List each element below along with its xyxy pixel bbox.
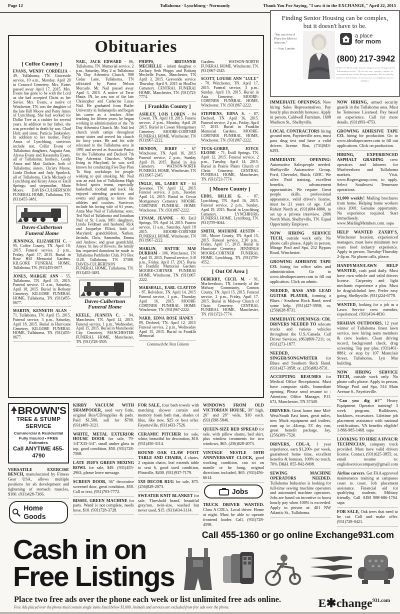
obituary-entry: Gardens. WATSON-NORTH FUNERAL HOME, Winc… bbox=[201, 60, 259, 75]
classified-ad: VERSATILE EXERCISE BENCH, manufactured b… bbox=[8, 467, 69, 499]
classified-ad: NOW HIRING, armed security guards in the… bbox=[337, 100, 398, 127]
entry-lead: HANDYMAN/LAWN HELP WANTED, bbox=[337, 264, 398, 273]
obituary-entry: NARD, EDNA ROSE HANEY - 89, Decherd, TN.… bbox=[139, 317, 197, 341]
banner-icons bbox=[182, 546, 394, 592]
obituary-entry: JONES, MARGIE ANN - 55, Tullahoma, TN. A… bbox=[13, 274, 71, 307]
category-pill-home-goods: Home Goods bbox=[9, 501, 68, 524]
entry-lead: LATE 1920'S GREEN MIXING BOWL bbox=[73, 461, 134, 470]
entry-lead: $1,000 weekly! bbox=[337, 196, 365, 201]
entry-lead: DRIVERS, CDL-A, bbox=[270, 442, 311, 447]
classified-ad: LATE 1920'S GREEN MIXING BOWL for sale, … bbox=[73, 461, 134, 478]
obituary-entry: TUCK-GORBY, JOYCE ELOISE - 71, Estill Sp… bbox=[201, 147, 259, 184]
classified-ad: HIRING, EXPERIENCED ASPHALT GRADING crew… bbox=[337, 153, 398, 195]
place-for-mom-logo: a place for mom bbox=[340, 33, 381, 45]
browns-service: TREE & STUMP SERVICE bbox=[10, 417, 67, 431]
entry-lead: ACCEPTING RESUMES bbox=[270, 375, 321, 380]
obituary-entry: SCOTT, LOUISE ANN "LULU" - 78, Wincheste… bbox=[201, 77, 259, 110]
entry-lead: STEPHENS, EDNA S. bbox=[201, 111, 245, 116]
entry-lead: IMMEDIATE OPENING: bbox=[270, 158, 331, 163]
place-for-mom-ad: Finding Senior Housing can be complex, b… bbox=[270, 10, 400, 97]
newspaper-page: Page 12 Tullahoma - Lynchburg - Normandy… bbox=[0, 0, 400, 614]
header-tagline: Thank You For Saying, "I saw it in the E… bbox=[263, 3, 396, 8]
classified-ad: QUEEN-SIZE BED SPREAD for sale, with pil… bbox=[203, 427, 264, 449]
funeral-home-logo: Daves-CulbertsonFuneral Home bbox=[13, 206, 71, 237]
classified-ad: LOCAL CONTRACTORS hiring ground men, Fay… bbox=[270, 129, 331, 156]
entry-lead: KIRBY VACUUM WITH SHAMPOOER, bbox=[73, 403, 134, 412]
funeral-home-logo: Daves-CulbertsonFuneral Home bbox=[76, 280, 134, 311]
classified-ad: LOOKING TO HIRE A HVAC/R TECHNICIAN, com… bbox=[337, 437, 398, 469]
category-pill-label: Home Goods bbox=[24, 504, 65, 521]
classified-ad: ACCEPTING RESUMES for Medical Office Rec… bbox=[270, 375, 331, 407]
entry-lead: IMMEDIATE OPENINGS: CDL DRIVERS NEEDED T… bbox=[270, 317, 331, 326]
magnifier-icon bbox=[12, 508, 21, 517]
classified-ad: NOW HIRING SERVICE TECH, outside work on… bbox=[337, 370, 398, 397]
classified-ad: SHAHAN OUTDOORS, 12 year winner of Tulla… bbox=[337, 321, 398, 368]
obituary-entry: EDDS, BILLIE G. - 87, Lynchburg, TN. Apr… bbox=[201, 195, 259, 228]
browns-tree-service-ad: BROWN'STREE & STUMP SERVICECommercial & … bbox=[8, 403, 69, 463]
entry-lead: GROWING ADHESIVE TAPE CO. bbox=[337, 129, 398, 138]
entry-lead: GROWING ADHESIVE TAPE CO. bbox=[270, 260, 331, 269]
classified-ad: TRUCK DRIVER WANTED. Class A CDL's. Loca… bbox=[203, 503, 264, 527]
browns-phone: Call ANYTIME 455-4790 bbox=[10, 446, 67, 460]
entry-lead: HENDON, JERRY bbox=[139, 147, 177, 152]
entry-lead: HELP WANTED ZAXBY'S, bbox=[337, 230, 398, 235]
ad-quote: "You can trust A Place for Mom to help y… bbox=[274, 33, 301, 51]
entry-lead: KEELE, JUANITA C. bbox=[76, 313, 120, 318]
obituary-entry: MARTIN, KENNETH ALAN - 71, Tullahoma, TN… bbox=[13, 309, 71, 342]
entry-lead: VERSATILE EXERCISE BENCH, bbox=[8, 467, 69, 476]
house-heart-icon bbox=[340, 33, 352, 45]
entry-lead: JENNINGS, ELIZABETH C. bbox=[13, 239, 67, 244]
county-section-header: [ Franklin County ] bbox=[139, 104, 197, 110]
classified-ad: Airline careers. Get FAA approved mainte… bbox=[337, 471, 398, 508]
entry-lead: NOW HIRING SERVICE TECH, bbox=[270, 231, 331, 240]
classified-ad: WHITE, METAL EXTERIOR HOUSE DOOR for sal… bbox=[73, 432, 134, 459]
entry-lead: WANTED, bbox=[337, 302, 357, 307]
classified-ad: HANDYMAN/LAWN HELP WANTED, cash paid dai… bbox=[337, 264, 398, 301]
obituary-column: Gardens. WATSON-NORTH FUNERAL HOME, Winc… bbox=[201, 60, 259, 394]
obituary-entry: DEBERRY, CECIL M. - 91, Murfreesboro, TN… bbox=[201, 277, 259, 319]
entry-lead: LOOKING TO HIRE A HVAC/R TECHNICIAN, bbox=[337, 437, 398, 446]
entry-lead: PHIPPS, BRITANNIE MECHELLE bbox=[139, 60, 197, 68]
classified-ad: WINDOWS FROM OLD VICTORIAN HOUSE, 39" hi… bbox=[203, 403, 264, 425]
classified-ad: GROWING ADHESIVE TAPE CO. hiring for off… bbox=[270, 260, 331, 287]
locomotive-icon bbox=[16, 206, 68, 224]
classified-ad: FOR SALE, Oak trees that need to be cut.… bbox=[337, 510, 398, 527]
classified-ad: SCREEN DOOR, 36" decorative screened doo… bbox=[73, 479, 134, 496]
obituary-entry: LYNAM, JEANNE - 80, Estill Springs, TN. … bbox=[139, 217, 197, 245]
county-section-header: [ Coffee County ] bbox=[13, 61, 71, 67]
entry-lead: FOR SALE, bbox=[337, 510, 360, 515]
entry-lead: SCREEN DOOR, bbox=[73, 479, 106, 484]
rifles-icon bbox=[310, 554, 352, 584]
classified-ad: DRIVERS: Great home time Mid-West/South … bbox=[270, 408, 331, 440]
classified-ad: GROWING ADHESIVE TAPE CO. hiring for pro… bbox=[337, 129, 398, 151]
entry-lead: SMITH, MAURINE AUSTIN bbox=[201, 229, 255, 234]
banner-title: Cash in on Free Listings bbox=[13, 537, 174, 590]
classified-ad: IMMEDIATE OPENINGS: CDL DRIVERS NEEDED T… bbox=[270, 317, 331, 349]
banner-subtitle: Place two free ads over the phone each w… bbox=[14, 595, 281, 604]
entry-lead: NARD, EDNA ROSE HANEY bbox=[139, 316, 194, 321]
entry-lead: SCOTT, LOUISE ANN "LULU" bbox=[201, 77, 259, 82]
classified-ad: IMMEDIATE OPENING: Automotive Salespeopl… bbox=[270, 158, 331, 229]
spokesperson-photo bbox=[303, 31, 335, 82]
ad-phone-number: (800) 217-3942 bbox=[335, 54, 397, 64]
classified-column: WINDOWS FROM OLD VICTORIAN HOUSE, 39" hi… bbox=[203, 403, 264, 527]
obituary-entry: MARLIN, HATTIE MAE DURHAM - 106, Winches… bbox=[139, 247, 197, 284]
entry-lead: NAIL, JACK EDWARD bbox=[76, 60, 122, 64]
classified-ad: "Can you dig it?" Heavy Equipment Operat… bbox=[337, 399, 398, 436]
banner-fine-print: Free Ads placed over the phone must cont… bbox=[14, 605, 364, 610]
category-pill-jobs: Jobs bbox=[204, 484, 263, 498]
entry-lead: IMMEDIATE OPENINGS. bbox=[270, 100, 321, 105]
entry-lead: JONES, MARGIE ANN bbox=[13, 274, 58, 279]
entry-lead: EVANS, WENDY CORDELIA bbox=[13, 69, 67, 74]
entry-lead: DEBERRY, CECIL M. bbox=[201, 277, 245, 282]
page-number: Page 12 bbox=[8, 3, 23, 8]
entry-lead: "Can you dig it?" bbox=[337, 399, 382, 404]
entry-lead: 5X8 DECOR RUG bbox=[138, 479, 174, 484]
obituaries-title: Obituaries bbox=[9, 37, 263, 57]
entry-lead: ASHLEY, LOIS LOREN bbox=[139, 112, 185, 117]
classified-ad: NOW HIRING SERVICE TECH, outside work on… bbox=[270, 231, 331, 258]
entry-lead: LOCAL CONTRACTORS bbox=[270, 129, 320, 134]
ad-fine-print: A Place for Mom is the nation's largest … bbox=[335, 67, 395, 83]
classified-ad: WANTED, looking for a job as a Lawn Serv… bbox=[337, 302, 398, 319]
classified-column: KIRBY VACUUM WITH SHAMPOOER, used very l… bbox=[73, 403, 134, 527]
county-section-header: [ Moore County ] bbox=[201, 186, 259, 192]
entry-lead: VINTAGE NESTLE 50TH ANNIVERSARY CLOCK, bbox=[203, 451, 264, 460]
classified-ad: 5X8 DECOR RUG for sale, $75. (256)828-20… bbox=[138, 479, 199, 491]
entry-lead: NOW HIRING SERVICE TECH, bbox=[337, 370, 398, 379]
classified-ad: IMMEDIATE OPENINGS. Now hiring Sales Rep… bbox=[270, 100, 331, 127]
classified-column: FOR SALE, four bath towels with matching… bbox=[138, 403, 199, 527]
classified-ad: BISSEL GREEN MACHINE for parts. Wand is … bbox=[73, 498, 134, 515]
banner-call-line: Call 455-1360 or go online Exchange931.c… bbox=[202, 530, 394, 540]
classified-ad: CERAMIC PITCHER for sale, white, beautif… bbox=[138, 432, 199, 449]
brand-line2: for mom bbox=[355, 39, 381, 45]
obituary-entry: ASHLEY, LOIS LOREN - 84, Cowan, TN. Apri… bbox=[139, 112, 197, 145]
entry-lead: QUEEN-SIZE BED SPREAD bbox=[203, 427, 258, 432]
classified-ad: SWEATER KNIT BLANKET for sale, Threshold… bbox=[138, 493, 199, 515]
classified-ad: DRIVERS, CDL-A, 1 year experience, earn … bbox=[270, 442, 331, 469]
classified-ad: SEWING MACHINE OPERATORS NEEDED. Tullaho… bbox=[270, 471, 331, 518]
classified-ad: NEEDED, BASS AND LEAD GUITAR PLAYER, for… bbox=[270, 288, 331, 315]
county-section-header: [ Out Of Area ] bbox=[201, 269, 259, 275]
entry-lead: HIRING, EXPERIENCED ASPHALT GRADING bbox=[337, 153, 398, 162]
classified-column: IMMEDIATE OPENINGS. Now hiring Sales Rep… bbox=[270, 100, 331, 528]
obituary-entry: EVANS, WENDY CORDELIA - 49, Tullahoma, T… bbox=[13, 70, 71, 204]
obituary-entry: SMITH, MAURINE AUSTIN - 101, Moore Count… bbox=[201, 229, 259, 266]
obituary-entry: KEELE, JUANITA C. - 94, Manchester, TN. … bbox=[76, 313, 134, 346]
obituary-entry: HENDON, JERRY - 67, Winchester, TN. Apri… bbox=[139, 147, 197, 180]
overalls-icon bbox=[182, 548, 214, 590]
browns-name: BROWN'S bbox=[18, 405, 67, 417]
phones-icon bbox=[221, 552, 257, 586]
entry-lead: EDDS, BILLIE G. bbox=[201, 194, 242, 199]
obituary-columns: [ Coffee County ]EVANS, WENDY CORDELIA -… bbox=[13, 60, 259, 394]
obituaries-box: Obituaries [ Coffee County ]EVANS, WENDY… bbox=[8, 35, 264, 398]
entry-lead: CERAMIC PITCHER bbox=[138, 432, 181, 437]
entry-lead: WINDOWS FROM OLD VICTORIAN HOUSE, bbox=[203, 403, 264, 412]
obituary-entry: MARSHALL, EARL CLAYTON - 87, Belvidere, … bbox=[139, 286, 197, 314]
classified-column: NOW HIRING, armed security guards in the… bbox=[337, 100, 398, 528]
entry-lead: MARLIN, HATTIE MAE DURHAM bbox=[139, 247, 197, 256]
briefcase-icon bbox=[219, 487, 229, 495]
obituary-entry: PHIPPS, BRITANNIE MECHELLE - infant daug… bbox=[139, 60, 197, 102]
entry-lead: LYNAM, JEANNE bbox=[139, 216, 174, 221]
quote-attribution: — Joan Lunden bbox=[274, 47, 301, 51]
classified-ad: ROUND OAK CLAW FOOT TABLE AND CHAIRS, 4 … bbox=[138, 451, 199, 478]
entry-lead: TUCK-GORBY, JOYCE ELOISE bbox=[201, 146, 259, 155]
obituary-column: [ Coffee County ]EVANS, WENDY CORDELIA -… bbox=[13, 60, 71, 394]
entry-lead: DRIVERS: bbox=[270, 408, 291, 413]
entry-lead: TRUCK DRIVER WANTED. bbox=[203, 503, 264, 508]
entry-lead: SEWING MACHINE OPERATORS NEEDED. bbox=[270, 471, 331, 480]
entry-lead: MARTIN, KENNETH ALAN bbox=[13, 309, 67, 314]
classified-column: BROWN'STREE & STUMP SERVICECommercial & … bbox=[8, 403, 69, 527]
locomotive-icon bbox=[79, 280, 131, 298]
entry-lead: BISSEL GREEN MACHINE bbox=[73, 498, 127, 503]
category-pill-label: Jobs bbox=[232, 487, 248, 495]
armchair-icon bbox=[358, 553, 394, 585]
entry-lead: INGLE, SR., LARRY KY bbox=[139, 181, 186, 186]
entry-lead: ROUND OAK CLAW FOOT TABLE AND CHAIRS, bbox=[138, 451, 199, 460]
entry-lead: NEEDED, BASS AND LEAD GUITAR PLAYER, bbox=[270, 288, 331, 297]
obituary-entry: NAIL, JACK EDWARD - 86, Tullahoma, TN. M… bbox=[76, 60, 134, 278]
classified-ad: $1,000 weekly! Mailing brochures from ho… bbox=[337, 196, 398, 228]
entry-lead: MARSHALL, EARL CLAYTON bbox=[139, 286, 197, 291]
entry-lead: NEEDED, SINGER/SONGWRITER bbox=[270, 351, 317, 360]
region-title: Tullahoma - Lynchburg - Normandy bbox=[120, 3, 270, 8]
entry-lead: Airline careers. bbox=[337, 471, 365, 476]
entry-lead: SHAHAN OUTDOORS, bbox=[337, 321, 383, 326]
entry-lead: NOW HIRING, bbox=[337, 100, 368, 105]
obituary-column: NAIL, JACK EDWARD - 86, Tullahoma, TN. M… bbox=[76, 60, 134, 394]
obituary-column: PHIPPS, BRITANNIE MECHELLE - infant daug… bbox=[139, 60, 197, 394]
entry-lead: WHITE, METAL EXTERIOR HOUSE DOOR bbox=[73, 432, 134, 441]
ad-headline: Finding Senior Housing can be complex, b… bbox=[271, 14, 399, 30]
exchange-logo: E✱change931.com bbox=[318, 596, 390, 611]
entry-lead: FOR SALE, bbox=[138, 403, 161, 408]
obituary-entry: STEPHENS, EDNA S. - 87, Decherd, TN. Apr… bbox=[201, 112, 259, 145]
entry-lead: SWEATER KNIT BLANKET bbox=[138, 493, 193, 498]
classified-ad: KIRBY VACUUM WITH SHAMPOOER, used very l… bbox=[73, 403, 134, 430]
browns-line2: Fully Insured • FREE Estimates bbox=[10, 436, 67, 445]
obituary-entry: INGLE, SR., LARRY KY - 64, Sewanee, TN. … bbox=[139, 182, 197, 215]
classified-ad: FOR SALE, four bath towels with matching… bbox=[138, 403, 199, 430]
classified-ad: HELP WANTED ZAXBY'S, Winchester location… bbox=[337, 230, 398, 262]
continued-note: Continued the Next Column bbox=[139, 343, 197, 347]
tricycle-icon bbox=[263, 552, 303, 586]
classified-ad: VINTAGE NESTLE 50TH ANNIVERSARY CLOCK, g… bbox=[203, 451, 264, 483]
obituary-entry: JENNINGS, ELIZABETH C. - 95, Coffee Coun… bbox=[13, 240, 71, 273]
classified-ad: NEEDED, SINGER/SONGWRITER for Blues and … bbox=[270, 351, 331, 373]
